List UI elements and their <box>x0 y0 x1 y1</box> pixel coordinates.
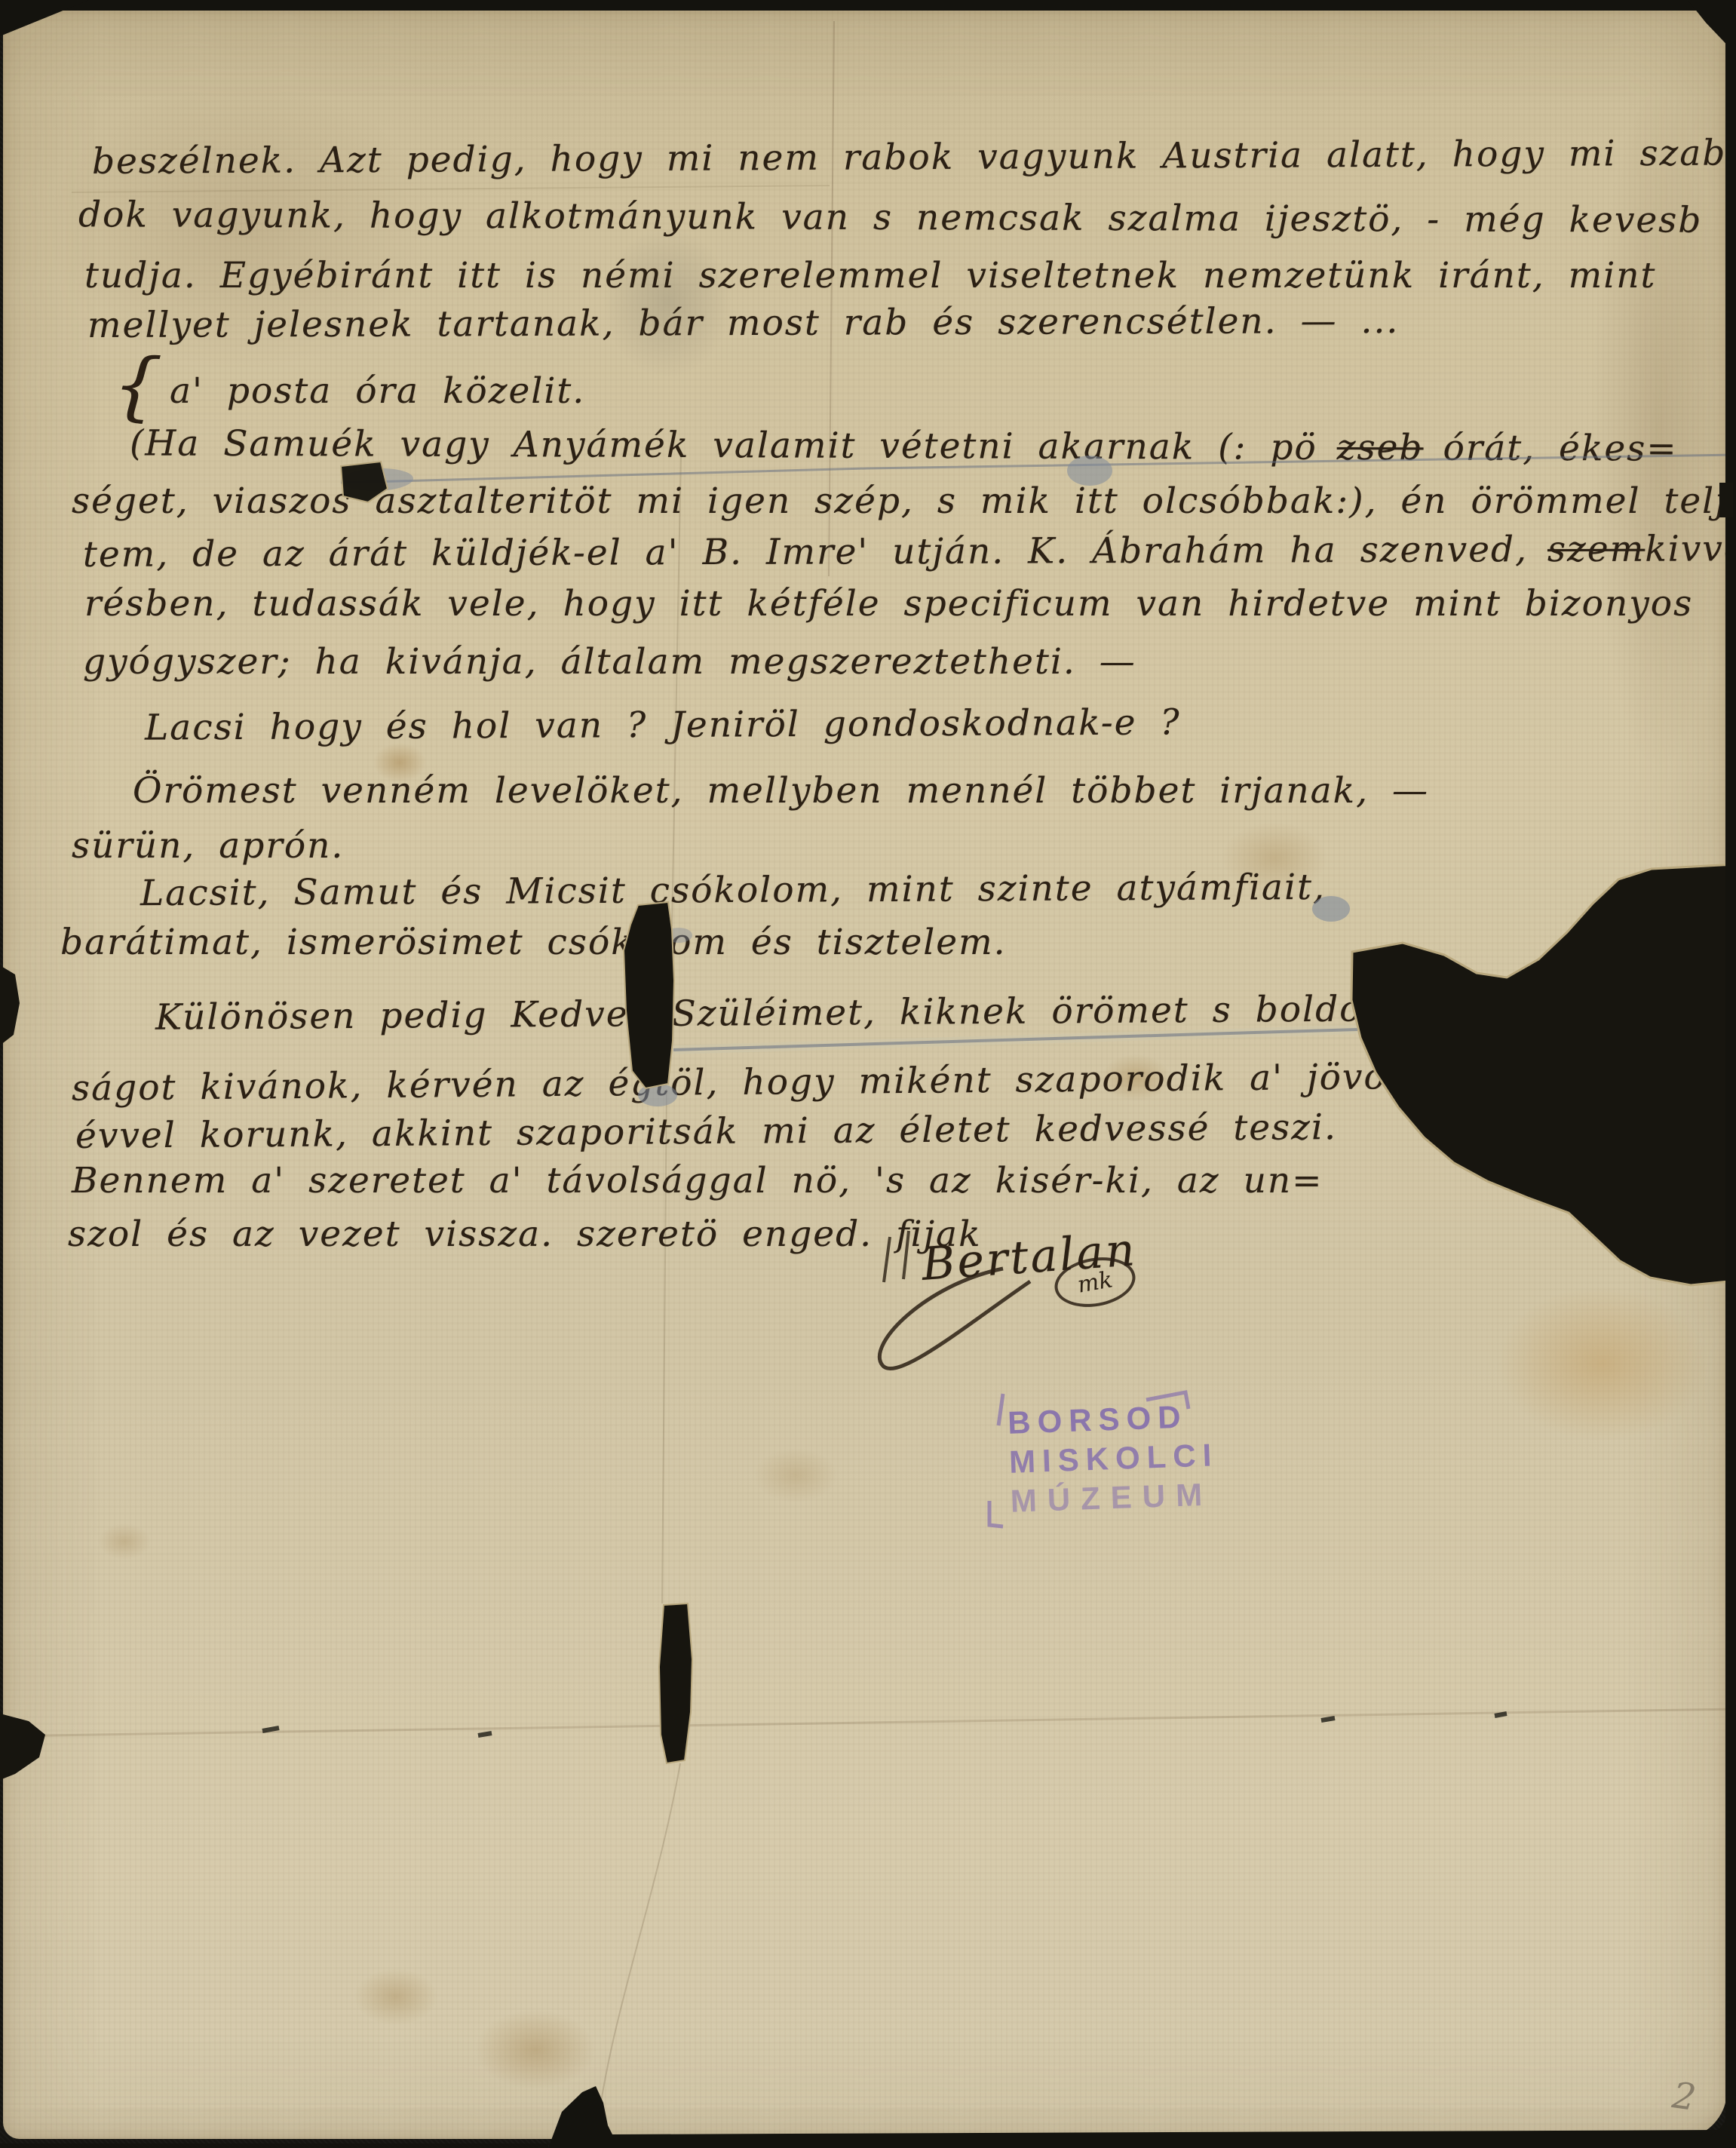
handwriting-line: Bennem a' szeretet a' távolsággal nö, 's… <box>72 1163 1323 1198</box>
museum-stamp: BORSOD MISKOLCI MÚZEUM <box>1007 1396 1220 1521</box>
bottom-edge-shadow-left <box>0 2143 548 2148</box>
crossed-out-word: zseb <box>1337 427 1424 468</box>
crossed-out-word: szem <box>1547 529 1645 570</box>
handwriting-line: Örömest venném levelöket, mellyben menné… <box>133 773 1429 809</box>
handwriting-line: ságot kivánok, kérvén az égtöl, hogy mik… <box>72 1059 1387 1106</box>
handwriting-line: a' posta óra közelit. <box>170 373 585 409</box>
right-edge-shadow <box>1725 0 1736 2148</box>
handwriting-line: évvel korunk, akkint szaporitsák mi az é… <box>75 1109 1337 1154</box>
stamp-line-3: MÚZEUM <box>1010 1474 1220 1521</box>
handwriting-line: gyógyszer; ha kivánja, általam megszerez… <box>83 644 1136 680</box>
scanned-letter-page: { beszélnek. Azt pedig, hogy mi nem rabo… <box>0 0 1736 2148</box>
handwriting-line: résben, tudassák vele, hogy itt kétféle … <box>84 586 1693 621</box>
handwriting-line: Lacsit, Samut és Micsit csókolom, mint s… <box>140 870 1326 911</box>
handwriting-line: (Ha Samuék vagy Anyámék valamit vétetni … <box>130 425 1678 466</box>
handwriting-line: dok vagyunk, hogy alkotmányunk van s nem… <box>78 197 1703 238</box>
stamp-line-1: BORSOD <box>1007 1396 1217 1443</box>
handwriting-line: sürün, aprón. <box>72 828 344 864</box>
stamp-line-2: MISKOLCI <box>1008 1435 1219 1482</box>
handwriting-line: beszélnek. Azt pedig, hogy mi nem rabok … <box>92 135 1736 180</box>
handwriting-line: szol és az vezet vissza. szeretö enged. … <box>68 1217 982 1252</box>
handwriting-line: séget, viaszos asztalteritöt mi igen szé… <box>72 483 1736 519</box>
margin-brace-mark: { <box>110 339 164 431</box>
handwriting-line: tem, de az árát küldjék-el a' B. Imre' u… <box>83 531 1736 572</box>
handwriting-line: tudja. Egyébiránt itt is némi szerelemme… <box>84 258 1656 293</box>
handwriting-line: Lacsi hogy és hol van ? Jeniröl gondosko… <box>145 704 1181 745</box>
handwriting-line: Különösen pedig Kedves Szüléimet, kiknek… <box>155 991 1387 1035</box>
handwriting-line: mellyet jelesnek tartanak, bár most rab … <box>87 303 1399 343</box>
handwriting-line: barátimat, ismerösimet csókolom és tiszt… <box>60 925 1007 960</box>
signature-initials: mk <box>1075 1266 1115 1299</box>
